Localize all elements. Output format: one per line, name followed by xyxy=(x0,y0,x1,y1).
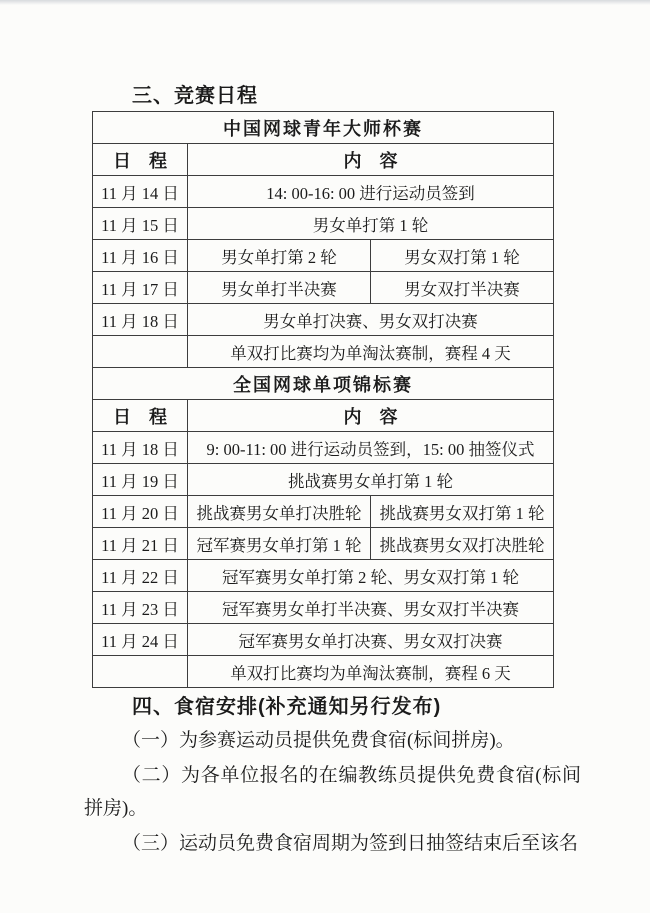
table-note-row: 单双打比赛均为单淘汰赛制，赛程 4 天 xyxy=(93,336,554,368)
date-cell: 11 月 19 日 xyxy=(93,464,188,496)
header-content-cell: 内 容 xyxy=(188,144,554,176)
content-cell-left: 男女单打半决赛 xyxy=(188,272,371,304)
content-cell: 14: 00-16: 00 进行运动员签到 xyxy=(188,176,554,208)
table-header-row: 日 程 内 容 xyxy=(93,144,554,176)
table-row: 11 月 14 日 14: 00-16: 00 进行运动员签到 xyxy=(93,176,554,208)
date-cell: 11 月 18 日 xyxy=(93,304,188,336)
date-cell-empty xyxy=(93,656,188,688)
date-cell: 11 月 17 日 xyxy=(93,272,188,304)
content-cell-right: 男女双打第 1 轮 xyxy=(371,240,554,272)
table-row: 11 月 19 日 挑战赛男女单打第 1 轮 xyxy=(93,464,554,496)
section-title-cell: 全国网球单项锦标赛 xyxy=(93,368,554,400)
scanned-document-page: 三、竞赛日程 中国网球青年大师杯赛 日 程 内 容 11 月 14 日 14: … xyxy=(0,0,650,913)
table-section-title-row: 全国网球单项锦标赛 xyxy=(93,368,554,400)
content-cell: 冠军赛男女单打半决赛、男女双打半决赛 xyxy=(188,592,554,624)
date-cell: 11 月 15 日 xyxy=(93,208,188,240)
table-row: 11 月 22 日 冠军赛男女单打第 2 轮、男女双打第 1 轮 xyxy=(93,560,554,592)
date-cell: 11 月 23 日 xyxy=(93,592,188,624)
paragraph-item-1: （一）为参赛运动员提供免费食宿(标间拼房)。 xyxy=(84,724,581,757)
table-section-title-row: 中国网球青年大师杯赛 xyxy=(93,112,554,144)
content-cell-right: 挑战赛男女双打第 1 轮 xyxy=(371,496,554,528)
content-cell: 9: 00-11: 00 进行运动员签到，15: 00 抽签仪式 xyxy=(188,432,554,464)
section-heading-accommodation: 四、食宿安排(补充通知另行发布) xyxy=(132,695,581,719)
content-cell-left: 挑战赛男女单打决胜轮 xyxy=(188,496,371,528)
content-cell-left: 冠军赛男女单打第 1 轮 xyxy=(188,528,371,560)
header-content-cell: 内 容 xyxy=(188,400,554,432)
content-cell-right: 挑战赛男女双打决胜轮 xyxy=(371,528,554,560)
date-cell: 11 月 14 日 xyxy=(93,176,188,208)
table-row: 11 月 24 日 冠军赛男女单打决赛、男女双打决赛 xyxy=(93,624,554,656)
paragraph-item-3: （三）运动员免费食宿周期为签到日抽签结束后至该名 xyxy=(84,827,581,860)
date-cell: 11 月 22 日 xyxy=(93,560,188,592)
table-row: 11 月 15 日 男女单打第 1 轮 xyxy=(93,208,554,240)
content-cell: 挑战赛男女单打第 1 轮 xyxy=(188,464,554,496)
date-cell: 11 月 24 日 xyxy=(93,624,188,656)
content-cell: 冠军赛男女单打决赛、男女双打决赛 xyxy=(188,624,554,656)
content-cell: 男女单打决赛、男女双打决赛 xyxy=(188,304,554,336)
competition-schedule-table: 中国网球青年大师杯赛 日 程 内 容 11 月 14 日 14: 00-16: … xyxy=(92,111,554,688)
paragraph-item-2: （二）为各单位报名的在编教练员提供免费食宿(标间拼房)。 xyxy=(84,759,581,825)
table-row: 11 月 16 日 男女单打第 2 轮 男女双打第 1 轮 xyxy=(93,240,554,272)
content-cell-right: 男女双打半决赛 xyxy=(371,272,554,304)
table-row: 11 月 21 日 冠军赛男女单打第 1 轮 挑战赛男女双打决胜轮 xyxy=(93,528,554,560)
scan-edge-artifact xyxy=(0,0,650,5)
content-cell: 冠军赛男女单打第 2 轮、男女双打第 1 轮 xyxy=(188,560,554,592)
table-row: 11 月 17 日 男女单打半决赛 男女双打半决赛 xyxy=(93,272,554,304)
note-cell: 单双打比赛均为单淘汰赛制，赛程 6 天 xyxy=(188,656,554,688)
document-content: 三、竞赛日程 中国网球青年大师杯赛 日 程 内 容 11 月 14 日 14: … xyxy=(84,84,581,860)
section-heading-competition-schedule: 三、竞赛日程 xyxy=(132,84,581,108)
table-row: 11 月 18 日 9: 00-11: 00 进行运动员签到，15: 00 抽签… xyxy=(93,432,554,464)
note-cell: 单双打比赛均为单淘汰赛制，赛程 4 天 xyxy=(188,336,554,368)
content-cell-left: 男女单打第 2 轮 xyxy=(188,240,371,272)
date-cell-empty xyxy=(93,336,188,368)
header-date-cell: 日 程 xyxy=(93,400,188,432)
header-date-cell: 日 程 xyxy=(93,144,188,176)
table-row: 11 月 18 日 男女单打决赛、男女双打决赛 xyxy=(93,304,554,336)
table-row: 11 月 23 日 冠军赛男女单打半决赛、男女双打半决赛 xyxy=(93,592,554,624)
table-note-row: 单双打比赛均为单淘汰赛制，赛程 6 天 xyxy=(93,656,554,688)
date-cell: 11 月 18 日 xyxy=(93,432,188,464)
table-header-row: 日 程 内 容 xyxy=(93,400,554,432)
date-cell: 11 月 20 日 xyxy=(93,496,188,528)
content-cell: 男女单打第 1 轮 xyxy=(188,208,554,240)
date-cell: 11 月 21 日 xyxy=(93,528,188,560)
date-cell: 11 月 16 日 xyxy=(93,240,188,272)
table-row: 11 月 20 日 挑战赛男女单打决胜轮 挑战赛男女双打第 1 轮 xyxy=(93,496,554,528)
section-title-cell: 中国网球青年大师杯赛 xyxy=(93,112,554,144)
